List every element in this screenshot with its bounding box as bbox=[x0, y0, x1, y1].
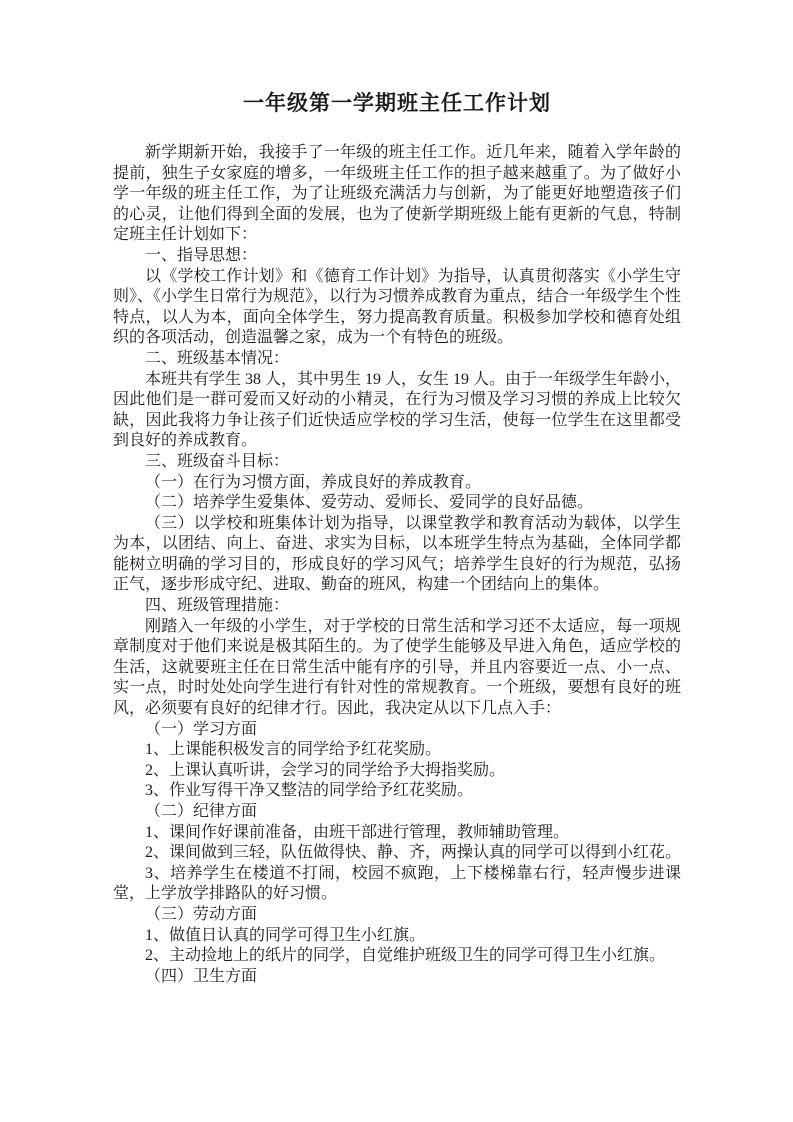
paragraph: 1、课间作好课前准备，由班干部进行管理，教师辅助管理。 bbox=[113, 823, 681, 844]
paragraph: 四、班级管理措施： bbox=[113, 596, 681, 617]
paragraph: （四）卫生方面 bbox=[113, 967, 681, 988]
paragraph: （二）培养学生爱集体、爱劳动、爱师长、爱同学的良好品德。 bbox=[113, 493, 681, 514]
paragraph: （一）学习方面 bbox=[113, 720, 681, 741]
paragraph: （一）在行为习惯方面，养成良好的养成教育。 bbox=[113, 473, 681, 494]
paragraph: （二）纪律方面 bbox=[113, 802, 681, 823]
paragraph: 2、上课认真听讲，会学习的同学给予大拇指奖励。 bbox=[113, 761, 681, 782]
paragraph: 2、主动捡地上的纸片的同学，自觉维护班级卫生的同学可得卫生小红旗。 bbox=[113, 946, 681, 967]
paragraph: 2、课间做到三轻，队伍做得快、静、齐，两操认真的同学可以得到小红花。 bbox=[113, 843, 681, 864]
paragraph: 一、指导思想： bbox=[113, 246, 681, 267]
paragraph: 3、作业写得干净又整洁的同学给予红花奖励。 bbox=[113, 781, 681, 802]
paragraph: 刚踏入一年级的小学生，对于学校的日常生活和学习还不太适应，每一项规章制度对于他们… bbox=[113, 617, 681, 720]
document-title: 一年级第一学期班主任工作计划 bbox=[113, 88, 681, 118]
paragraph: 以《学校工作计划》和《德育工作计划》为指导，认真贯彻落实《小学生守则》、《小学生… bbox=[113, 267, 681, 349]
paragraph: 三、班级奋斗目标： bbox=[113, 452, 681, 473]
paragraph: 新学期新开始，我接手了一年级的班主任工作。近几年来，随着入学年龄的提前，独生子女… bbox=[113, 143, 681, 246]
document-page: 一年级第一学期班主任工作计划 新学期新开始，我接手了一年级的班主任工作。近几年来… bbox=[0, 0, 793, 1122]
paragraph: 本班共有学生 38 人，其中男生 19 人，女生 19 人。由于一年级学生年龄小… bbox=[113, 370, 681, 452]
paragraph: 1、做值日认真的同学可得卫生小红旗。 bbox=[113, 926, 681, 947]
paragraph: 3、培养学生在楼道不打闹，校园不疯跑，上下楼梯靠右行，轻声慢步进课堂，上学放学排… bbox=[113, 864, 681, 905]
document-body: 新学期新开始，我接手了一年级的班主任工作。近几年来，随着入学年龄的提前，独生子女… bbox=[113, 143, 681, 987]
paragraph: （三）以学校和班集体计划为指导，以课堂教学和教育活动为载体，以学生为本，以团结、… bbox=[113, 514, 681, 596]
paragraph: （三）劳动方面 bbox=[113, 905, 681, 926]
paragraph: 二、班级基本情况： bbox=[113, 349, 681, 370]
paragraph: 1、上课能积极发言的同学给予红花奖励。 bbox=[113, 740, 681, 761]
